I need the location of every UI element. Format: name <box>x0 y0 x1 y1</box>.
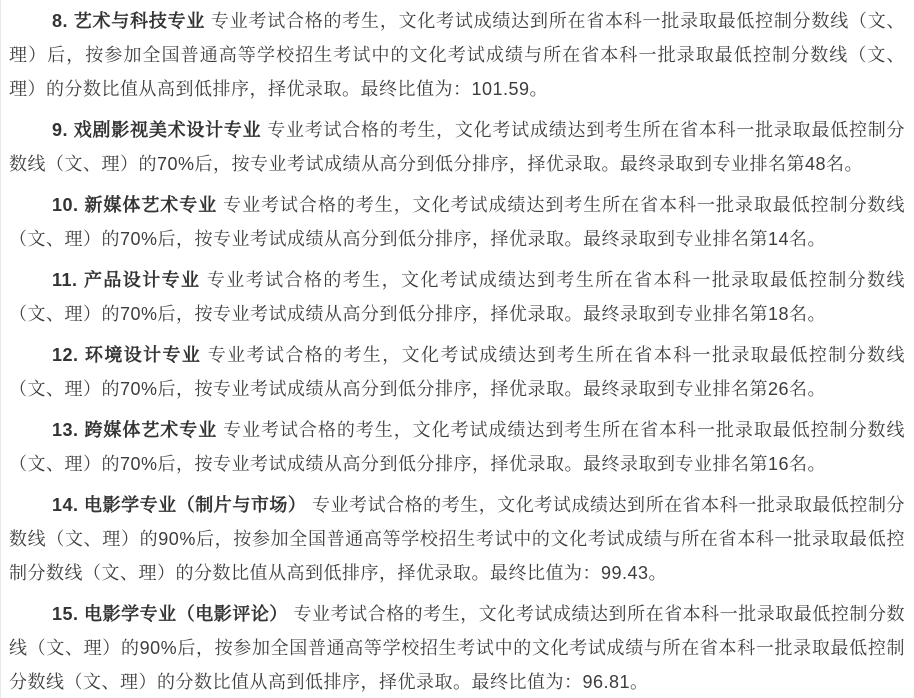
admission-rule-paragraph-14: 14. 电影学专业（制片与市场） 专业考试合格的考生，文化考试成绩达到所在省本科… <box>9 488 905 590</box>
major-heading: 8. 艺术与科技专业 <box>52 11 211 31</box>
admission-rule-paragraph-10: 10. 新媒体艺术专业 专业考试合格的考生，文化考试成绩达到考生所在省本科一批录… <box>9 188 905 256</box>
admission-rule-paragraph-12: 12. 环境设计专业 专业考试合格的考生，文化考试成绩达到考生所在省本科一批录取… <box>9 338 905 406</box>
admission-rule-paragraph-8: 8. 艺术与科技专业 专业考试合格的考生，文化考试成绩达到所在省本科一批录取最低… <box>9 4 905 106</box>
major-heading: 12. 环境设计专业 <box>52 345 208 365</box>
major-heading: 15. 电影学专业（电影评论） <box>52 604 293 624</box>
major-heading: 10. 新媒体艺术专业 <box>52 195 223 215</box>
admission-rule-paragraph-13: 13. 跨媒体艺术专业 专业考试合格的考生，文化考试成绩达到考生所在省本科一批录… <box>9 413 905 481</box>
admission-rules-document: 8. 艺术与科技专业 专业考试合格的考生，文化考试成绩达到所在省本科一批录取最低… <box>1 0 914 698</box>
major-heading: 14. 电影学专业（制片与市场） <box>52 495 312 515</box>
admission-rule-paragraph-15: 15. 电影学专业（电影评论） 专业考试合格的考生，文化考试成绩达到所在省本科一… <box>9 597 905 698</box>
major-heading: 9. 戏剧影视美术设计专业 <box>52 120 267 140</box>
major-heading: 11. 产品设计专业 <box>52 270 207 290</box>
admission-rule-paragraph-11: 11. 产品设计专业 专业考试合格的考生，文化考试成绩达到考生所在省本科一批录取… <box>9 263 905 331</box>
major-heading: 13. 跨媒体艺术专业 <box>52 420 223 440</box>
admission-rule-paragraph-9: 9. 戏剧影视美术设计专业 专业考试合格的考生，文化考试成绩达到考生所在省本科一… <box>9 113 905 181</box>
